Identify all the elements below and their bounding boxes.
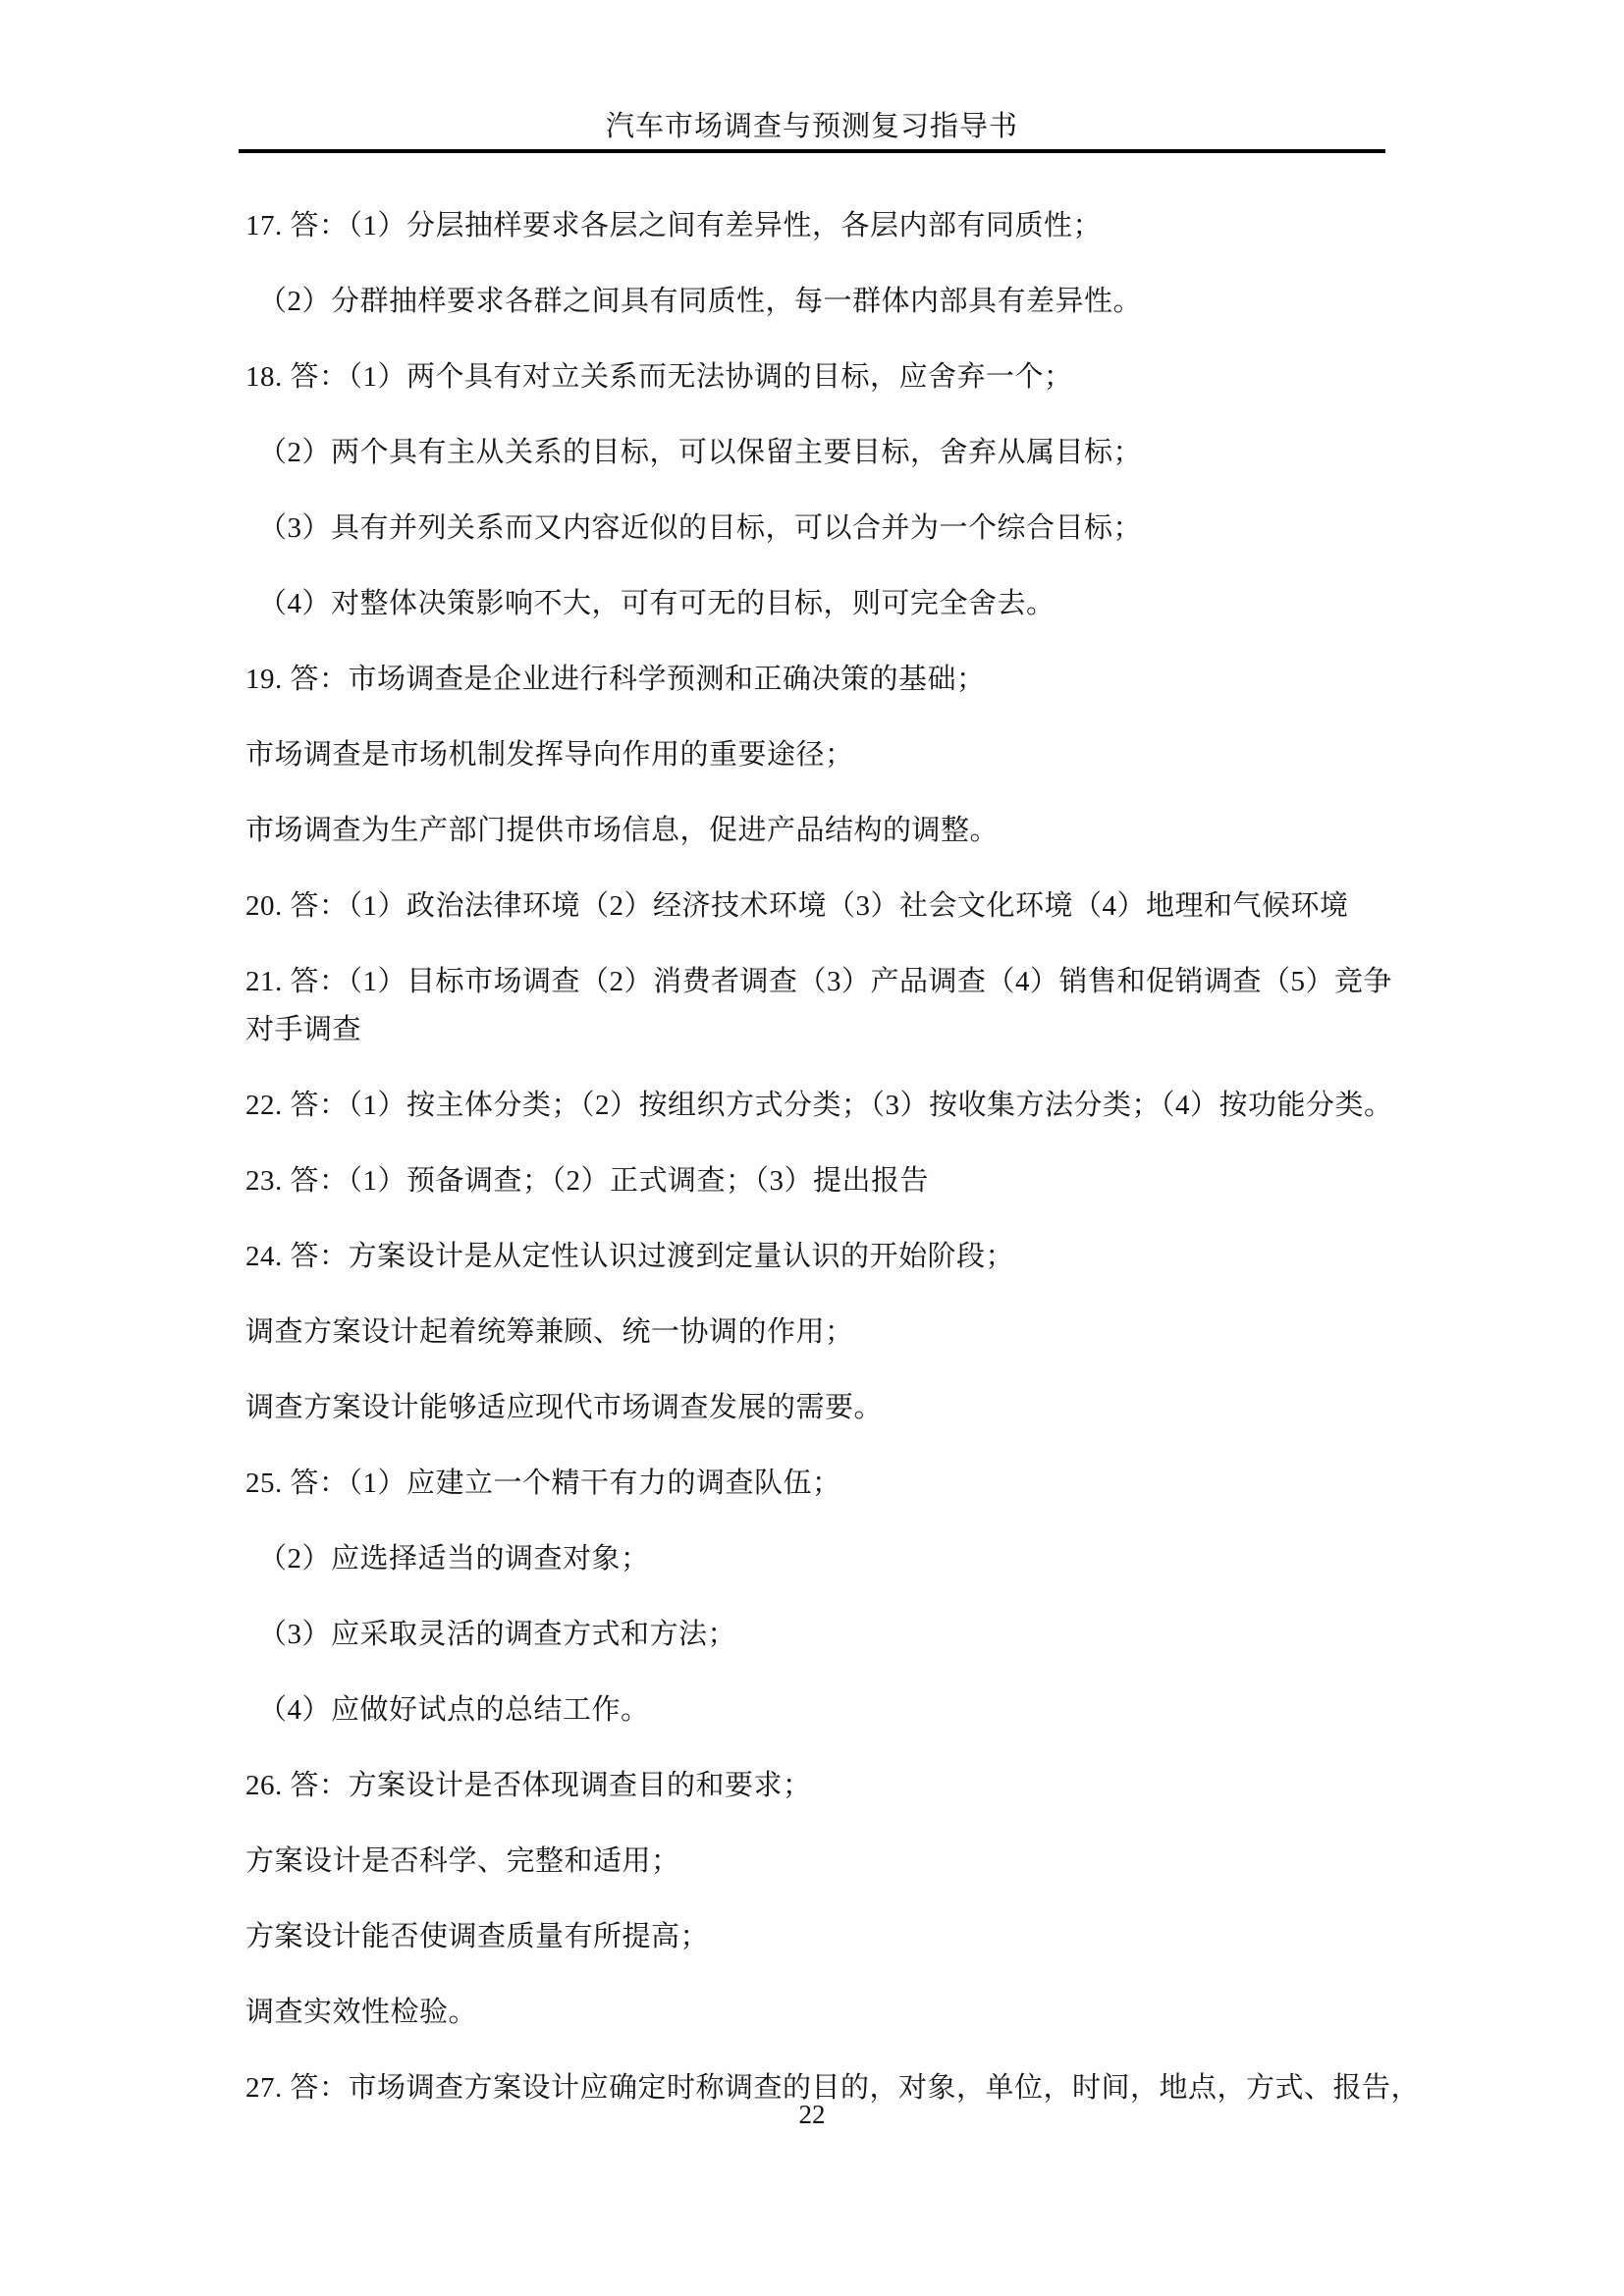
paragraph: （2）两个具有主从关系的目标，可以保留主要目标，舍弃从属目标；	[245, 429, 1443, 477]
paragraph: 19. 答：市场调查是企业进行科学预测和正确决策的基础；	[245, 656, 1443, 704]
paragraph: 18. 答：（1）两个具有对立关系而无法协调的目标，应舍弃一个；	[245, 353, 1443, 401]
page-number: 22	[799, 2100, 826, 2129]
paragraph: （3）具有并列关系而又内容近似的目标，可以合并为一个综合目标；	[245, 505, 1443, 553]
paragraph: 调查方案设计起着统筹兼顾、统一协调的作用；	[245, 1308, 1443, 1357]
paragraph: 22. 答：（1）按主体分类；（2）按组织方式分类；（3）按收集方法分类；（4）…	[245, 1082, 1443, 1130]
paragraph: 调查方案设计能够适应现代市场调查发展的需要。	[245, 1384, 1443, 1432]
paragraph: （3）应采取灵活的调查方式和方法；	[245, 1611, 1443, 1659]
paragraph: 方案设计是否科学、完整和适用；	[245, 1838, 1443, 1886]
paragraph: 17. 答：（1）分层抽样要求各层之间有差异性，各层内部有同质性；	[245, 202, 1443, 250]
paragraph: 对手调查	[245, 1006, 1443, 1054]
document-body: 17. 答：（1）分层抽样要求各层之间有差异性，各层内部有同质性；（2）分群抽样…	[245, 202, 1443, 2140]
paragraph: （2）分群抽样要求各群之间具有同质性，每一群体内部具有差异性。	[245, 278, 1443, 326]
paragraph: 25. 答：（1）应建立一个精干有力的调查队伍；	[245, 1460, 1443, 1508]
paragraph: 市场调查是市场机制发挥导向作用的重要途径；	[245, 731, 1443, 779]
paragraph: 20. 答：（1）政治法律环境（2）经济技术环境（3）社会文化环境（4）地理和气…	[245, 882, 1443, 931]
paragraph: 21. 答：（1）目标市场调查（2）消费者调查（3）产品调查（4）销售和促销调查…	[245, 958, 1443, 1006]
document-page: 汽车市场调查与预测复习指导书 17. 答：（1）分层抽样要求各层之间有差异性，各…	[0, 0, 1624, 2296]
paragraph: （4）对整体决策影响不大，可有可无的目标，则可完全舍去。	[245, 580, 1443, 628]
paragraph: 市场调查为生产部门提供市场信息，促进产品结构的调整。	[245, 807, 1443, 855]
page-footer: 22	[0, 2099, 1624, 2130]
header-rule	[239, 149, 1385, 153]
header-title: 汽车市场调查与预测复习指导书	[606, 111, 1018, 142]
paragraph: （2）应选择适当的调查对象；	[245, 1535, 1443, 1583]
paragraph: 23. 答：（1）预备调查；（2）正式调查；（3）提出报告	[245, 1157, 1443, 1205]
paragraph: 调查实效性检验。	[245, 1989, 1443, 2037]
paragraph: 24. 答：方案设计是从定性认识过渡到定量认识的开始阶段；	[245, 1233, 1443, 1281]
paragraph: （4）应做好试点的总结工作。	[245, 1686, 1443, 1735]
paragraph: 方案设计能否使调查质量有所提高；	[245, 1913, 1443, 1961]
paragraph: 26. 答：方案设计是否体现调查目的和要求；	[245, 1762, 1443, 1810]
running-header: 汽车市场调查与预测复习指导书	[0, 110, 1624, 143]
